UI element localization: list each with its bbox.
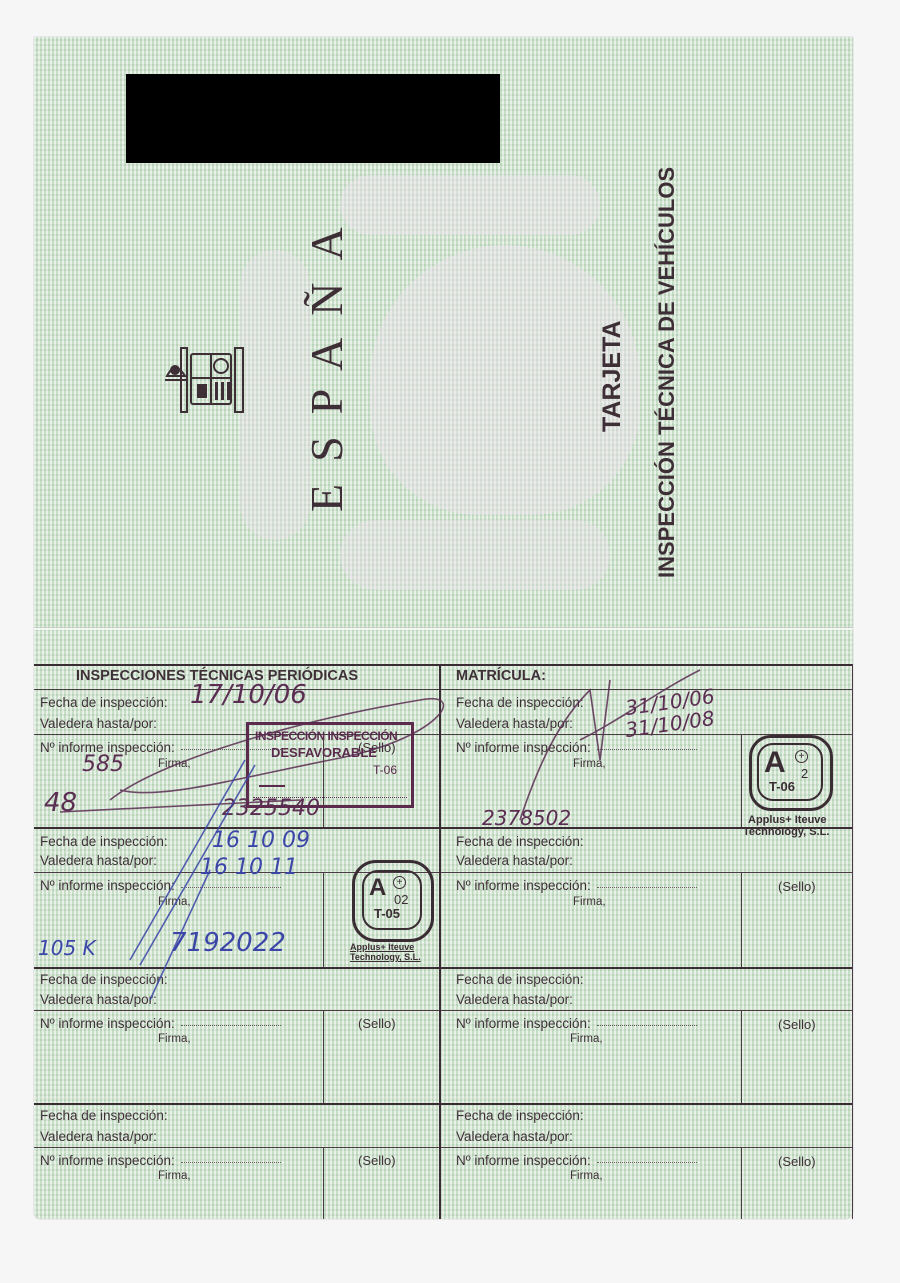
report-no-label: Nº informe inspección:: [40, 878, 281, 893]
report-no-text: Nº informe inspección:: [456, 1153, 591, 1168]
valid-until-label: Valedera hasta/por:: [456, 716, 573, 731]
report-no-label: Nº informe inspección:: [40, 740, 281, 755]
seal-label: (Sello): [778, 879, 816, 894]
dotted-line: [597, 887, 697, 888]
grid-line: [34, 1147, 853, 1148]
dotted-line: [181, 1162, 281, 1163]
date-label: Fecha de inspección:: [40, 1108, 168, 1123]
grid-line: [34, 827, 853, 829]
date-label: Fecha de inspección:: [40, 695, 168, 710]
seal-divider: [741, 872, 742, 967]
date-label: Fecha de inspección:: [456, 834, 584, 849]
handwritten-date: 17/10/06: [190, 680, 307, 710]
grid-line: [34, 734, 853, 735]
grid-divider: [852, 664, 853, 1219]
date-label: Fecha de inspección:: [40, 972, 168, 987]
date-label: Fecha de inspección:: [456, 695, 584, 710]
valid-until-label: Valedera hasta/por:: [40, 992, 157, 1007]
report-no-text: Nº informe inspección:: [456, 1016, 591, 1031]
card-subtitle: INSPECCIÓN TÉCNICA DE VEHÍCULOS: [654, 167, 680, 578]
stamp-company: Applus+ IteuveTechnology, S.L.: [350, 942, 421, 962]
grid-line: [34, 689, 853, 690]
report-no-text: Nº informe inspección:: [40, 1153, 175, 1168]
grid-line: [34, 967, 853, 969]
company-line1: Applus+ Iteuve: [748, 814, 829, 826]
handwritten-note: 105 K: [38, 936, 96, 960]
card-title: TARJETA: [598, 320, 627, 432]
date-label: Fecha de inspección:: [456, 1108, 584, 1123]
stamp-company: Applus+ IteuveTechnology, S.L.: [748, 814, 829, 838]
stamp-signature-mark: [259, 763, 285, 787]
report-no-label: Nº informe inspección:: [40, 1016, 281, 1031]
dotted-line: [181, 1025, 281, 1026]
report-no-text: Nº informe inspección:: [40, 878, 175, 893]
stamp-line1: INSPECCIÓN INSPECCIÓN: [255, 729, 397, 743]
company-line2: Technology, S.L.: [743, 826, 829, 838]
signature-label: Firma,: [573, 896, 606, 908]
stamp-letter: A: [369, 874, 386, 902]
grid-line: [34, 1010, 853, 1011]
dotted-line: [597, 749, 697, 750]
report-no-text: Nº informe inspección:: [456, 878, 591, 893]
report-no-label: Nº informe inspección:: [456, 1016, 697, 1031]
plus-circle-icon: +: [393, 876, 406, 889]
signature-label: Firma,: [158, 896, 191, 908]
signature-label: Firma,: [570, 1170, 603, 1182]
valid-until-label: Valedera hasta/por:: [456, 992, 573, 1007]
grid-divider: [439, 664, 441, 1219]
seal-divider: [741, 1010, 742, 1103]
report-no-label: Nº informe inspección:: [456, 878, 697, 893]
stamp-number: 2: [801, 766, 808, 781]
company-line2: Technology, S.L.: [350, 952, 421, 962]
seal-label: (Sello): [778, 1017, 816, 1032]
dotted-line: [597, 1162, 697, 1163]
dotted-line: [597, 1025, 697, 1026]
seal-divider: [741, 1147, 742, 1219]
seal-label: (Sello): [358, 1153, 396, 1168]
handwritten-valid-until: 16 10 11: [200, 855, 298, 880]
dotted-line: [181, 887, 281, 888]
watermark-crown: [340, 175, 600, 235]
report-no-label: Nº informe inspección:: [456, 740, 697, 755]
date-label: Fecha de inspección:: [456, 972, 584, 987]
report-no-text: Nº informe inspección:: [456, 740, 591, 755]
grid-line: [34, 1103, 853, 1105]
valid-until-label: Valedera hasta/por:: [456, 1129, 573, 1144]
handwritten-report-no: 585: [82, 752, 124, 777]
stamp-code: T-05: [374, 906, 400, 921]
handwritten-note: 48: [44, 788, 77, 818]
stamp-line2: DESFAVORABLE: [271, 745, 377, 760]
seal-divider: [741, 734, 742, 827]
seal-divider: [323, 1010, 324, 1103]
report-no-label: Nº informe inspección:: [40, 1153, 281, 1168]
country-title: ESPAÑA: [300, 205, 353, 512]
plus-circle-icon: +: [795, 750, 808, 763]
date-label: Fecha de inspección:: [40, 834, 168, 849]
stamp-number: 02: [394, 892, 408, 907]
valid-until-label: Valedera hasta/por:: [40, 1129, 157, 1144]
seal-label: (Sello): [778, 1154, 816, 1169]
redacted-block: [126, 74, 500, 163]
report-no-text: Nº informe inspección:: [40, 1016, 175, 1031]
spain-coat-of-arms-icon: [163, 340, 248, 420]
signature-label: Firma,: [158, 1170, 191, 1182]
handwritten-note: 2325540: [222, 796, 320, 821]
stamp-code: T-06: [769, 779, 795, 794]
stamp-letter: A: [764, 746, 786, 780]
signature-label: Firma,: [158, 1033, 191, 1045]
signature-label: Firma,: [570, 1033, 603, 1045]
handwritten-report-no: 7192022: [170, 928, 286, 958]
report-no-label: Nº informe inspección:: [456, 1153, 697, 1168]
plate-label: MATRÍCULA:: [456, 668, 546, 684]
valid-until-label: Valedera hasta/por:: [40, 716, 157, 731]
signature-label: Firma,: [573, 758, 606, 770]
stamp-code: T-06: [373, 763, 397, 777]
grid-line: [34, 872, 853, 873]
grid-line: [34, 664, 853, 666]
watermark-base: [340, 520, 610, 590]
seal-label: (Sello): [358, 1016, 396, 1031]
fold-line: [34, 627, 853, 630]
seal-divider: [323, 872, 324, 967]
handwritten-date: 16 10 09: [212, 828, 310, 853]
signature-label: Firma,: [158, 758, 191, 770]
handwritten-report-no: 2378502: [482, 806, 571, 830]
valid-until-label: Valedera hasta/por:: [456, 853, 573, 868]
seal-divider: [323, 1147, 324, 1219]
valid-until-label: Valedera hasta/por:: [40, 853, 157, 868]
company-line1: Applus+ Iteuve: [350, 942, 421, 952]
